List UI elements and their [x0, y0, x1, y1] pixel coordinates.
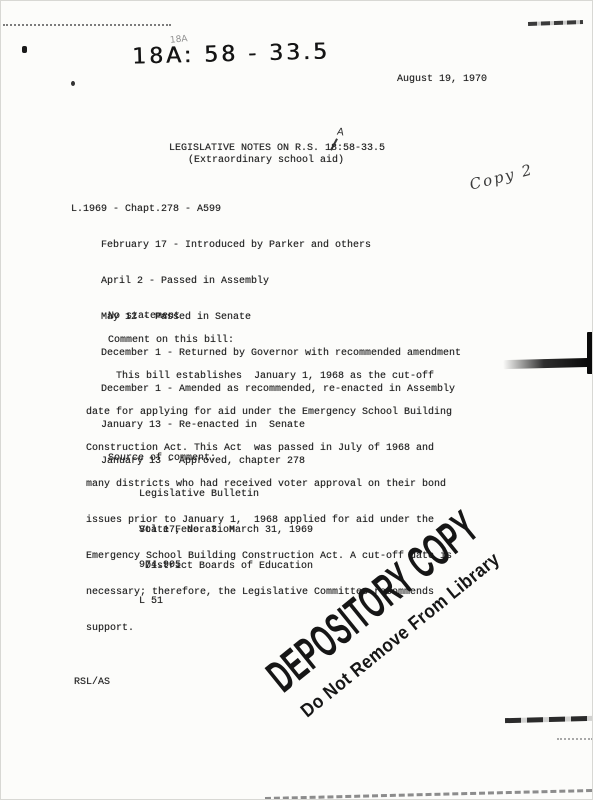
- comment-line: This bill establishes January 1, 1968 as…: [86, 371, 452, 383]
- handwritten-call-number: 18A: 58 - 33.5: [132, 39, 331, 69]
- history-heading: L.1969 - Chapt.278 - A599: [71, 204, 221, 216]
- history-event: February 17 - Introduced by Parker and o…: [101, 240, 461, 252]
- comment-heading: Comment on this bill:: [108, 335, 234, 347]
- scan-artifact-bottom-right-smudge: [505, 716, 593, 723]
- source-line: Legislative Bulletin: [139, 489, 313, 501]
- call-number-line: L 51: [139, 596, 181, 608]
- call-number-line: 974.905: [139, 560, 181, 572]
- title-line-1: LEGISLATIVE NOTES ON R.S. 18:58-33.5: [169, 143, 385, 155]
- library-call-number: 974.905 L 51: [139, 536, 181, 632]
- scanned-document-page: 18A 18A: 58 - 33.5 A Copy 2 August 19, 1…: [0, 0, 593, 800]
- scan-artifact-bottom-dashed-line: [265, 789, 593, 800]
- comment-line: date for applying for aid under the Emer…: [86, 407, 452, 419]
- scan-artifact-speck: [71, 81, 75, 86]
- handwritten-copy-note: Copy 2: [468, 160, 535, 193]
- history-event: April 2 - Passed in Assembly: [101, 276, 461, 288]
- scan-artifact-right-edge-bar: [587, 332, 593, 374]
- scan-artifact-right-edge-band: [503, 358, 593, 369]
- document-date: August 19, 1970: [397, 74, 487, 86]
- title-line-2: (Extraordinary school aid): [188, 155, 344, 167]
- scan-artifact-top-dotted-line: [3, 24, 171, 26]
- scan-artifact-small-dots: [557, 738, 593, 740]
- handwritten-insert-letter: A: [336, 126, 345, 138]
- scan-artifact-top-right-smudge: [528, 20, 583, 26]
- source-heading: Source of comment:: [108, 453, 216, 465]
- typist-initials: RSL/AS: [74, 677, 110, 689]
- scan-artifact-speck: [22, 46, 27, 53]
- no-statement-note: No statement: [108, 311, 180, 323]
